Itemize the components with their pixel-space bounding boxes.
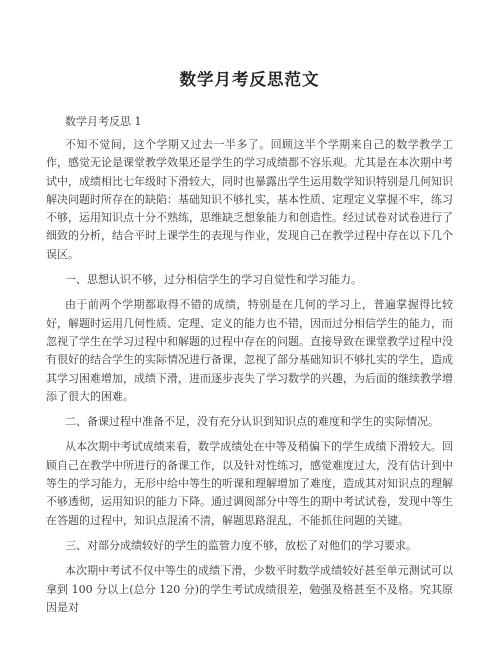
- section-heading: 一、思想认识不够，过分相信学生的学习自觉性和学习能力。: [46, 271, 453, 289]
- paragraph: 由于前两个学期都取得不错的成绩，特别是在几何的学习上，普遍掌握得比较好，解题时运…: [46, 296, 453, 406]
- paragraph: 不知不觉间，这个学期又过去一半多了。回顾这半个学期来自己的数学教学工作，感觉无论…: [46, 136, 453, 264]
- document-title: 数学月考反思范文: [46, 66, 453, 90]
- document-subtitle: 数学月考反思 1: [46, 115, 453, 129]
- document-page: 数学月考反思范文 数学月考反思 1 不知不觉间，这个学期又过去一半多了。回顾这半…: [0, 0, 500, 647]
- section-heading: 三、对部分成绩较好的学生的监管力度不够，放松了对他们的学习要求。: [46, 537, 453, 555]
- paragraph: 本次期中考试不仅中等生的成绩下滑，少数平时数学成绩较好甚至单元测试可以拿到 10…: [46, 562, 453, 617]
- document-body: 不知不觉间，这个学期又过去一半多了。回顾这半个学期来自己的数学教学工作，感觉无论…: [46, 136, 453, 617]
- paragraph: 从本次期中考试成绩来看，数学成绩处在中等及稍偏下的学生成绩下滑较大。回顾自己在教…: [46, 438, 453, 529]
- section-heading: 二、备课过程中准备不足，没有充分认识到知识点的难度和学生的实际情况。: [46, 413, 453, 431]
